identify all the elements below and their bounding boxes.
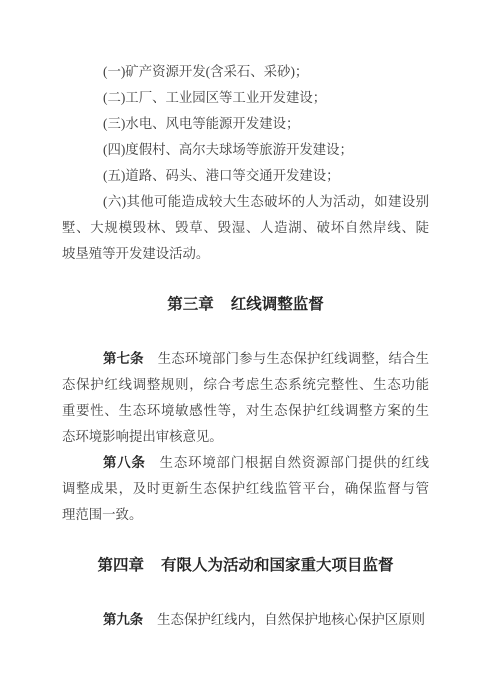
chapter-4-title: 有限人为活动和国家重大项目监督 bbox=[161, 553, 394, 579]
chapter-3-heading: 第三章 红线调整监督 bbox=[62, 292, 429, 318]
clause-line-1: (一)矿产资源开发(含采石、采砂)； bbox=[62, 59, 429, 85]
article-7-paragraph: 第七条生态环境部门参与生态保护红线调整，结合生 态保护红线调整规则，综合考虑生态… bbox=[62, 346, 429, 450]
article-9-text-1: 生态保护红线内，自然保护地核心保护区原则 bbox=[157, 612, 425, 627]
prohibited-activities-list: (一)矿产资源开发(含采石、采砂)； (二)工厂、工业园区等工业开发建设； (三… bbox=[62, 59, 429, 267]
chapter-3-number: 第三章 bbox=[167, 292, 214, 318]
clause-line-4: (四)度假村、高尔夫球场等旅游开发建设； bbox=[62, 137, 429, 163]
clause-line-2: (二)工厂、工业园区等工业开发建设； bbox=[62, 85, 429, 111]
article-7-line-4: 态环境影响提出审核意见。 bbox=[62, 424, 429, 450]
article-8-line-2: 调整成果，及时更新生态保护红线监管平台，确保监督与管 bbox=[62, 476, 429, 502]
clause-line-6: (六)其他可能造成较大生态破坏的人为活动，如建设别 bbox=[62, 189, 429, 215]
article-9-line-1: 第九条生态保护红线内，自然保护地核心保护区原则 bbox=[62, 607, 429, 633]
clause-line-6-cont-1: 墅、大规模毁林、毁草、毁湿、人造湖、破坏自然岸线、陡 bbox=[62, 215, 429, 241]
article-7-number: 第七条 bbox=[103, 351, 144, 366]
chapter-4-number: 第四章 bbox=[97, 553, 144, 579]
article-9-paragraph: 第九条生态保护红线内，自然保护地核心保护区原则 bbox=[62, 607, 429, 633]
document-page: (一)矿产资源开发(含采石、采砂)； (二)工厂、工业园区等工业开发建设； (三… bbox=[0, 0, 495, 699]
clause-line-3: (三)水电、风电等能源开发建设； bbox=[62, 111, 429, 137]
article-7-line-1: 第七条生态环境部门参与生态保护红线调整，结合生 bbox=[62, 346, 429, 372]
chapter-3-title: 红线调整监督 bbox=[231, 292, 324, 318]
article-7-line-2: 态保护红线调整规则，综合考虑生态系统完整性、生态功能 bbox=[62, 372, 429, 398]
article-8-line-1: 第八条生态环境部门根据自然资源部门提供的红线 bbox=[62, 450, 429, 476]
article-8-text-1: 生态环境部门根据自然资源部门提供的红线 bbox=[160, 455, 429, 470]
article-8-number: 第八条 bbox=[103, 455, 146, 470]
clause-line-5: (五)道路、码头、港口等交通开发建设； bbox=[62, 163, 429, 189]
article-7-text-1: 生态环境部门参与生态保护红线调整，结合生 bbox=[158, 351, 429, 366]
article-8-line-3: 理范围一致。 bbox=[62, 502, 429, 528]
article-9-number: 第九条 bbox=[103, 612, 143, 627]
clause-line-6-cont-2: 坡垦殖等开发建设活动。 bbox=[62, 241, 429, 267]
article-8-paragraph: 第八条生态环境部门根据自然资源部门提供的红线 调整成果，及时更新生态保护红线监管… bbox=[62, 450, 429, 528]
article-7-line-3: 重要性、生态环境敏感性等，对生态保护红线调整方案的生 bbox=[62, 398, 429, 424]
chapter-4-heading: 第四章 有限人为活动和国家重大项目监督 bbox=[62, 553, 429, 579]
